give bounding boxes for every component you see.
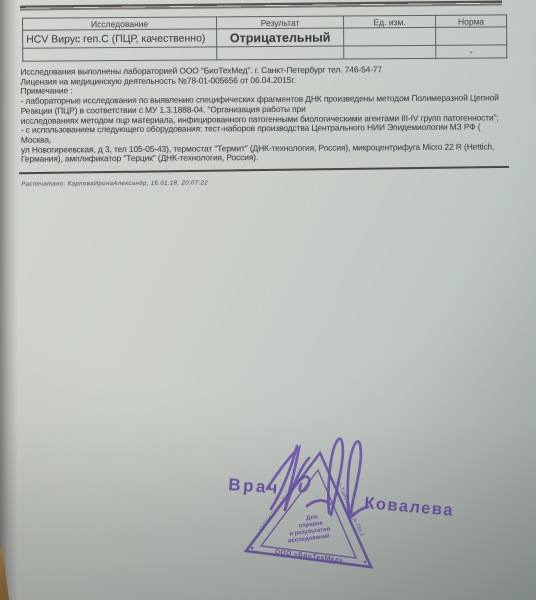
col-header-norm: Норма <box>436 15 507 27</box>
test-name-cell <box>23 47 217 61</box>
results-table: Исследование Результат Ед. изм. Норма HC… <box>22 14 507 61</box>
printed-by-note: Распечатано: КарповаИринаАлександр, 16.0… <box>21 180 208 187</box>
test-result-cell: Отрицательный <box>217 28 344 47</box>
notes-block: Исследования выполнены лабораторией ООО … <box>20 64 527 165</box>
norm-cell <box>436 27 507 45</box>
document-photo: Исследование Результат Ед. изм. Норма HC… <box>0 0 536 600</box>
unit-cell <box>344 45 436 59</box>
test-result-cell <box>217 46 344 60</box>
top-rule <box>20 1 502 11</box>
col-header-result: Результат <box>217 16 344 29</box>
test-name-cell: HCV Вирус геп.С (ПЦР, качественно) <box>23 29 217 48</box>
lab-report: Исследование Результат Ед. изм. Норма HC… <box>0 0 536 600</box>
note-line: Германия), амплификатор "Терцик" (ДНК-те… <box>21 152 527 165</box>
col-header-unit: Ед. изм. <box>344 15 436 28</box>
table-row: - <box>23 45 507 61</box>
unit-cell <box>344 27 436 46</box>
norm-cell: - <box>436 45 507 58</box>
footer-rule <box>19 166 509 175</box>
